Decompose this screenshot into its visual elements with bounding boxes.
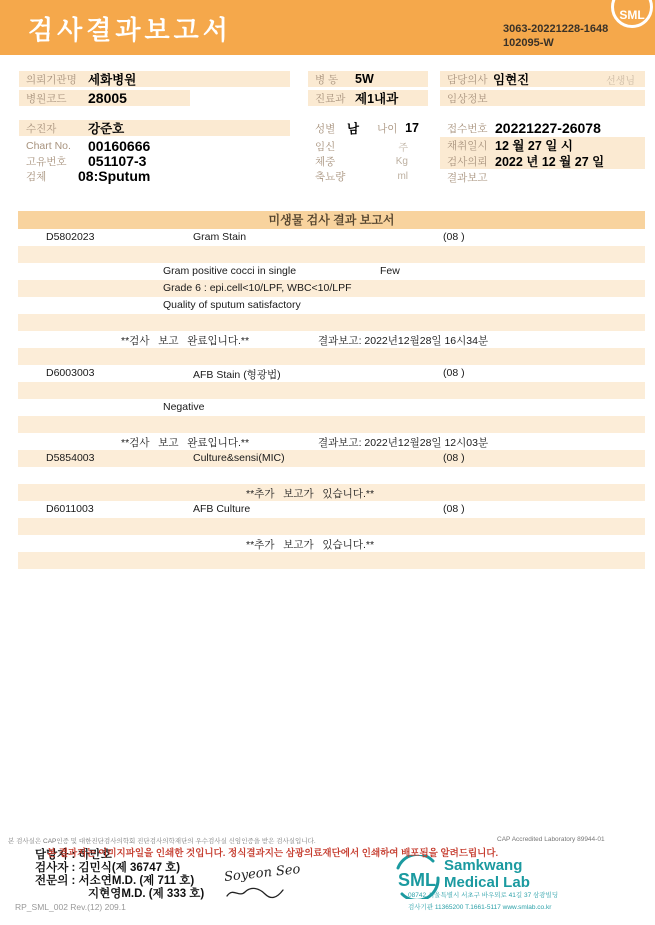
table-cell: (08 ) <box>443 452 465 464</box>
field-specimen-label: 검체 <box>26 169 78 184</box>
field-specimen-value: 08:Sputum <box>78 168 150 184</box>
field-doctor-suffix: 선생님 <box>606 72 645 87</box>
field-urine: 축뇨량 ml <box>308 168 418 184</box>
field-uid-label: 고유번호 <box>26 154 88 169</box>
field-receipt-value: 20221227-26078 <box>495 120 601 136</box>
field-pregnancy-label: 임신 <box>315 139 335 154</box>
table-row <box>18 518 645 535</box>
field-hospital-code-value: 28005 <box>88 90 127 106</box>
table-cell: Gram Stain <box>193 231 246 243</box>
field-chart-no-value: 00160666 <box>88 138 150 154</box>
field-doctor: 담당의사 임현진 선생님 <box>440 71 645 87</box>
field-sex-label: 성별 <box>315 121 347 136</box>
field-collect-label: 채취일시 <box>447 138 495 153</box>
field-pregnancy-unit: 주 <box>398 139 418 154</box>
report-numbers: 3063-20221228-1648 102095-W <box>503 22 608 50</box>
signature-scribble-icon <box>224 884 286 902</box>
field-patient-label: 수진자 <box>26 121 88 136</box>
table-cell: **추가 보고가 있습니다.** <box>246 537 374 552</box>
field-ward: 병 동 5W <box>308 71 428 87</box>
lab-address: 08742 서울특별시 서초구 바우뫼로 41길 37 삼광빌딩 <box>408 890 558 899</box>
lab-name: Samkwang Medical Lab <box>444 857 530 891</box>
field-weight-unit: Kg <box>396 156 418 167</box>
signature-text: Soyeon Seo <box>223 862 301 885</box>
field-patient-value: 강준호 <box>88 119 124 137</box>
field-dept-label: 진료과 <box>315 91 355 106</box>
field-age-value: 17 <box>405 121 419 135</box>
field-pregnancy: 임신 주 <box>308 138 418 154</box>
field-org-value: 세화병원 <box>88 70 136 88</box>
table-cell: D6011003 <box>46 503 94 515</box>
table-cell: Few <box>380 265 400 277</box>
field-uid: 고유번호 051107-3 <box>19 153 290 169</box>
sml-logo-text: SML <box>619 8 644 22</box>
table-cell: AFB Culture <box>193 503 250 515</box>
table-cell: Grade 6 : epi.cell<10/LPF, WBC<10/LPF <box>163 282 352 294</box>
table-cell: Quality of sputum satisfactory <box>163 299 301 311</box>
table-row: Grade 6 : epi.cell<10/LPF, WBC<10/LPF <box>18 280 645 297</box>
table-row: **검사 보고 완료입니다.**결과보고: 2022년12월28일 16시34분 <box>18 331 645 348</box>
table-row: **추가 보고가 있습니다.** <box>18 484 645 501</box>
field-ward-value: 5W <box>355 72 374 86</box>
table-row: D5854003Culture&sensi(MIC)(08 ) <box>18 450 645 467</box>
field-org: 의뢰기관명 세화병원 <box>19 71 290 87</box>
table-cell: **검사 보고 완료입니다.** <box>121 435 249 450</box>
sml-circle-logo-icon: SML <box>611 0 653 28</box>
field-dept: 진료과 제1내과 <box>308 90 428 106</box>
field-sex-age: 성별 남 나이 17 <box>308 120 428 136</box>
table-row <box>18 314 645 331</box>
table-row: D6011003AFB Culture(08 ) <box>18 501 645 518</box>
table-row: **검사 보고 완료입니다.**결과보고: 2022년12월28일 12시03분 <box>18 433 645 450</box>
table-row <box>18 552 645 569</box>
field-report-date: 결과보고 <box>440 169 645 185</box>
report-header: 검사결과보고서 3063-20221228-1648 102095-W SML <box>0 0 655 55</box>
field-age-label: 나이 <box>377 121 405 136</box>
table-row <box>18 467 645 484</box>
table-row <box>18 416 645 433</box>
cap-accreditation-note: CAP Accredited Laboratory 89944-01 <box>497 836 605 843</box>
field-hospital-code: 병원코드 28005 <box>19 90 190 106</box>
table-cell: (08 ) <box>443 367 465 379</box>
report-page: 검사결과보고서 3063-20221228-1648 102095-W SML … <box>0 0 655 925</box>
field-weight-label: 체중 <box>315 154 335 169</box>
lab-name-line1: Samkwang <box>444 857 530 874</box>
field-patient: 수진자 강준호 <box>19 120 290 136</box>
field-sex-value: 남 <box>347 119 359 137</box>
field-ward-label: 병 동 <box>315 72 355 87</box>
table-cell: **추가 보고가 있습니다.** <box>246 486 374 501</box>
table-cell: **검사 보고 완료입니다.** <box>121 333 249 348</box>
table-cell: AFB Stain (형광법) <box>193 367 281 382</box>
table-cell: D5802023 <box>46 231 94 243</box>
table-cell: Gram positive cocci in single <box>163 265 296 277</box>
field-specimen: 검체 08:Sputum <box>19 168 290 184</box>
field-urine-unit: ml <box>397 171 418 182</box>
field-clinical: 임상정보 <box>440 90 645 106</box>
field-collect: 채취일시 12 월 27 일 시 <box>440 137 645 153</box>
table-row: D6003003AFB Stain (형광법)(08 ) <box>18 365 645 382</box>
field-receipt-label: 접수번호 <box>447 121 495 136</box>
table-row: Negative <box>18 399 645 416</box>
table-row: **추가 보고가 있습니다.** <box>18 535 645 552</box>
table-cell: D5854003 <box>46 452 94 464</box>
field-request-value: 2022 년 12 월 27 일 <box>495 152 604 170</box>
table-row: Quality of sputum satisfactory <box>18 297 645 314</box>
field-request: 검사의뢰 2022 년 12 월 27 일 <box>440 153 645 169</box>
field-chart-no: Chart No. 00160666 <box>19 138 290 154</box>
table-cell: D6003003 <box>46 367 94 379</box>
document-code: RP_SML_002 Rev.(12) 209.1 <box>15 902 126 912</box>
table-row: D5802023Gram Stain(08 ) <box>18 229 645 246</box>
lab-name-line2: Medical Lab <box>444 874 530 891</box>
table-row <box>18 348 645 365</box>
page-title: 검사결과보고서 <box>28 10 232 47</box>
table-cell: 결과보고: 2022년12월28일 16시34분 <box>318 333 488 348</box>
field-doctor-value: 임현진 <box>493 70 529 88</box>
accreditation-note: 본 검사실은 CAP인증 및 대한진단검사의학회 진단검사의학재단의 우수검사실… <box>8 836 316 845</box>
table-cell: Negative <box>163 401 204 413</box>
field-doctor-label: 담당의사 <box>447 72 493 87</box>
table-cell: 결과보고: 2022년12월28일 12시03분 <box>318 435 488 450</box>
field-clinical-label: 임상정보 <box>447 91 493 106</box>
result-table-title: 미생물 검사 결과 보고서 <box>18 211 645 229</box>
field-hospital-code-label: 병원코드 <box>26 91 88 106</box>
field-receipt: 접수번호 20221227-26078 <box>440 120 645 136</box>
field-request-label: 검사의뢰 <box>447 154 495 169</box>
table-cell: (08 ) <box>443 503 465 515</box>
field-dept-value: 제1내과 <box>355 89 398 107</box>
field-chart-no-label: Chart No. <box>26 140 88 152</box>
table-row: Gram positive cocci in singleFew <box>18 263 645 280</box>
table-body: D5802023Gram Stain(08 )Gram positive coc… <box>18 229 645 569</box>
table-row <box>18 246 645 263</box>
report-number: 3063-20221228-1648 <box>503 22 608 36</box>
specialist-line-2: 지현영M.D. (제 333 호) <box>88 885 204 901</box>
table-row <box>18 382 645 399</box>
table-cell: (08 ) <box>443 231 465 243</box>
field-report-date-label: 결과보고 <box>447 170 495 185</box>
field-weight: 체중 Kg <box>308 153 418 169</box>
field-org-label: 의뢰기관명 <box>26 72 88 87</box>
disclaimer-note: 본 결과지는 이미지파일을 인쇄한 것입니다. 정식결과지는 삼광의료재단에서 … <box>47 845 498 859</box>
sml-lab-logo-text: SML <box>398 870 436 890</box>
lab-contact: 검사기관 11365200 T.1661-5117 www.smlab.co.k… <box>408 902 551 911</box>
field-urine-label: 축뇨량 <box>315 169 345 184</box>
field-uid-value: 051107-3 <box>88 153 146 169</box>
result-table: 미생물 검사 결과 보고서 D5802023Gram Stain(08 )Gra… <box>18 211 645 569</box>
table-cell: Culture&sensi(MIC) <box>193 452 285 464</box>
report-subnumber: 102095-W <box>503 36 608 50</box>
